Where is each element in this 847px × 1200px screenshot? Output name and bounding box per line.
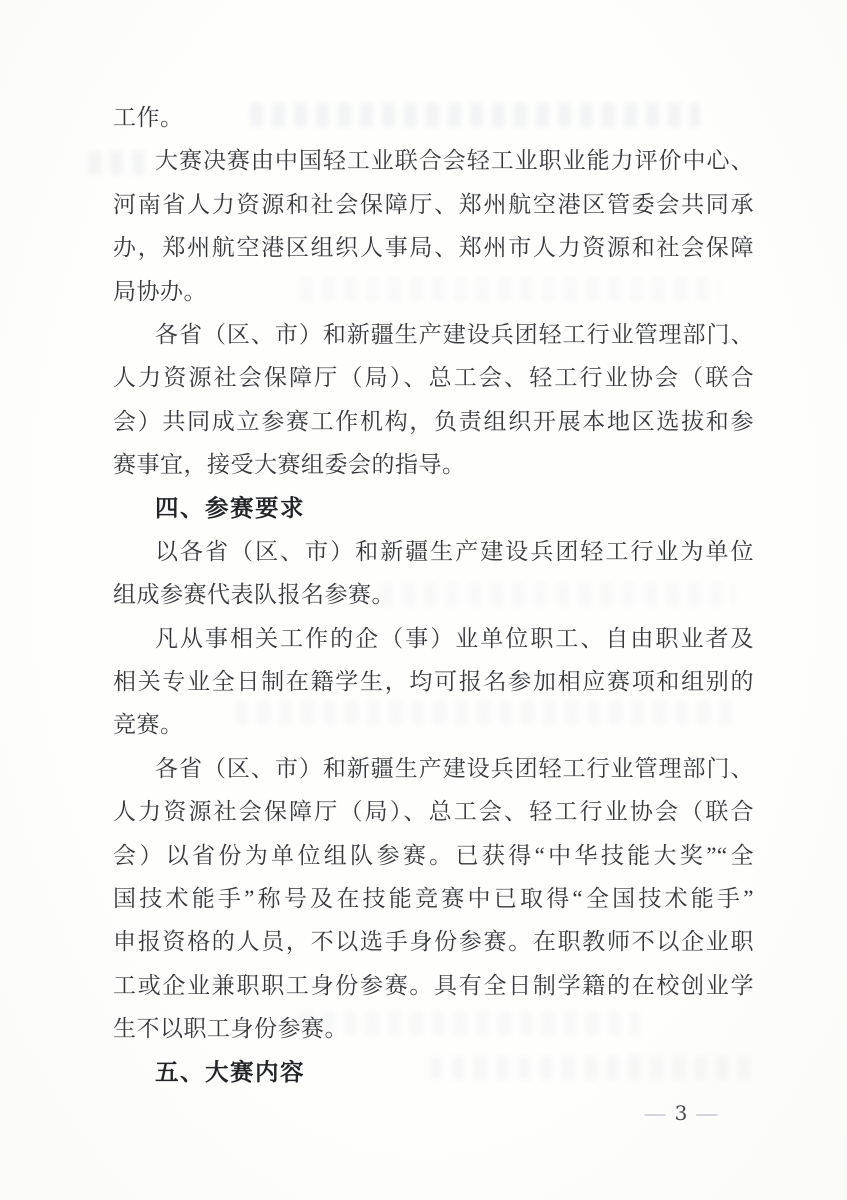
section-heading-5: 五、大赛内容 [113, 1051, 754, 1094]
body-text-line: 会）共同成立参赛工作机构，负责组织开展本地区选拔和参 [113, 400, 754, 443]
body-text-line: 河南省人力资源和社会保障厅、郑州航空港区管委会共同承 [113, 183, 754, 226]
body-text-line: 申报资格的人员，不以选手身份参赛。在职教师不以企业职 [113, 920, 754, 963]
body-text-line: 凡从事相关工作的企（事）业单位职工、自由职业者及 [113, 617, 754, 660]
body-text-line: 以各省（区、市）和新疆生产建设兵团轻工行业为单位 [113, 530, 754, 573]
page-number-right-dash: — [696, 1100, 717, 1126]
page-number-left-dash: — [645, 1100, 666, 1126]
body-text-line: 局协办。 [113, 270, 754, 313]
body-text-line: 相关专业全日制在籍学生，均可报名参加相应赛项和组别的 [113, 660, 754, 703]
body-text-line: 生不以职工身份参赛。 [113, 1007, 754, 1050]
body-text-line: 人力资源社会保障厅（局）、总工会、轻工行业协会（联合 [113, 356, 754, 399]
body-text-line: 竞赛。 [113, 703, 754, 746]
section-heading-4: 四、参赛要求 [113, 487, 754, 530]
body-text-line: 大赛决赛由中国轻工业联合会轻工业职业能力评价中心、 [113, 139, 754, 182]
scanned-document-page: 工作。 大赛决赛由中国轻工业联合会轻工业职业能力评价中心、 河南省人力资源和社会… [0, 0, 847, 1200]
body-text-line: 组成参赛代表队报名参赛。 [113, 573, 754, 616]
paragraph: 大赛决赛由中国轻工业联合会轻工业职业能力评价中心、 河南省人力资源和社会保障厅、… [113, 139, 754, 313]
page-number-value: 3 [675, 1100, 688, 1126]
paragraph: 各省（区、市）和新疆生产建设兵团轻工行业管理部门、 人力资源社会保障厅（局）、总… [113, 747, 754, 1051]
body-text-line: 国技术能手”称号及在技能竞赛中已取得“全国技术能手” [113, 877, 754, 920]
paragraph: 凡从事相关工作的企（事）业单位职工、自由职业者及 相关专业全日制在籍学生，均可报… [113, 617, 754, 747]
paragraph: 工作。 [113, 96, 754, 139]
paragraph: 以各省（区、市）和新疆生产建设兵团轻工行业为单位 组成参赛代表队报名参赛。 [113, 530, 754, 617]
paragraph: 各省（区、市）和新疆生产建设兵团轻工行业管理部门、 人力资源社会保障厅（局）、总… [113, 313, 754, 487]
page-number: — 3 — [626, 1100, 736, 1126]
body-text-line: 办，郑州航空港区组织人事局、郑州市人力资源和社会保障 [113, 226, 754, 269]
body-text-line: 各省（区、市）和新疆生产建设兵团轻工行业管理部门、 [113, 747, 754, 790]
body-text-line: 会）以省份为单位组队参赛。已获得“中华技能大奖”“全 [113, 834, 754, 877]
body-text-line: 各省（区、市）和新疆生产建设兵团轻工行业管理部门、 [113, 313, 754, 356]
body-text-line: 工或企业兼职职工身份参赛。具有全日制学籍的在校创业学 [113, 964, 754, 1007]
body-text-line: 赛事宜，接受大赛组委会的指导。 [113, 443, 754, 486]
body-text-line: 人力资源社会保障厅（局）、总工会、轻工行业协会（联合 [113, 790, 754, 833]
document-text-block: 工作。 大赛决赛由中国轻工业联合会轻工业职业能力评价中心、 河南省人力资源和社会… [113, 96, 754, 1094]
body-text-line: 工作。 [113, 96, 754, 139]
